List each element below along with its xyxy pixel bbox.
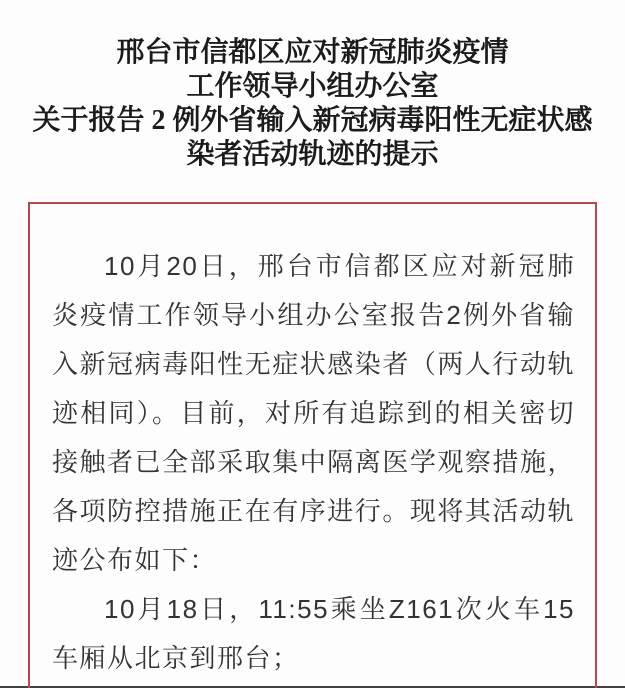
notice-paragraph-summary: 10月20日，邢台市信都区应对新冠肺炎疫情工作领导小组办公室报告2例外省输入新冠… [52,242,575,585]
title-line-4: 染者活动轨迹的提示 [0,138,625,172]
notice-red-box: 10月20日，邢台市信都区应对新冠肺炎疫情工作领导小组办公室报告2例外省输入新冠… [28,202,597,688]
notice-paragraph-itinerary: 10月18日，11:55乘坐Z161次火车15车厢从北京到邢台； [52,585,575,683]
title-line-2: 工作领导小组办公室 [0,70,625,104]
title-line-3: 关于报告 2 例外省输入新冠病毒阳性无症状感 [0,104,625,138]
title-line-1: 邢台市信都区应对新冠肺炎疫情 [0,36,625,70]
notice-title: 邢台市信都区应对新冠肺炎疫情 工作领导小组办公室 关于报告 2 例外省输入新冠病… [0,36,625,172]
